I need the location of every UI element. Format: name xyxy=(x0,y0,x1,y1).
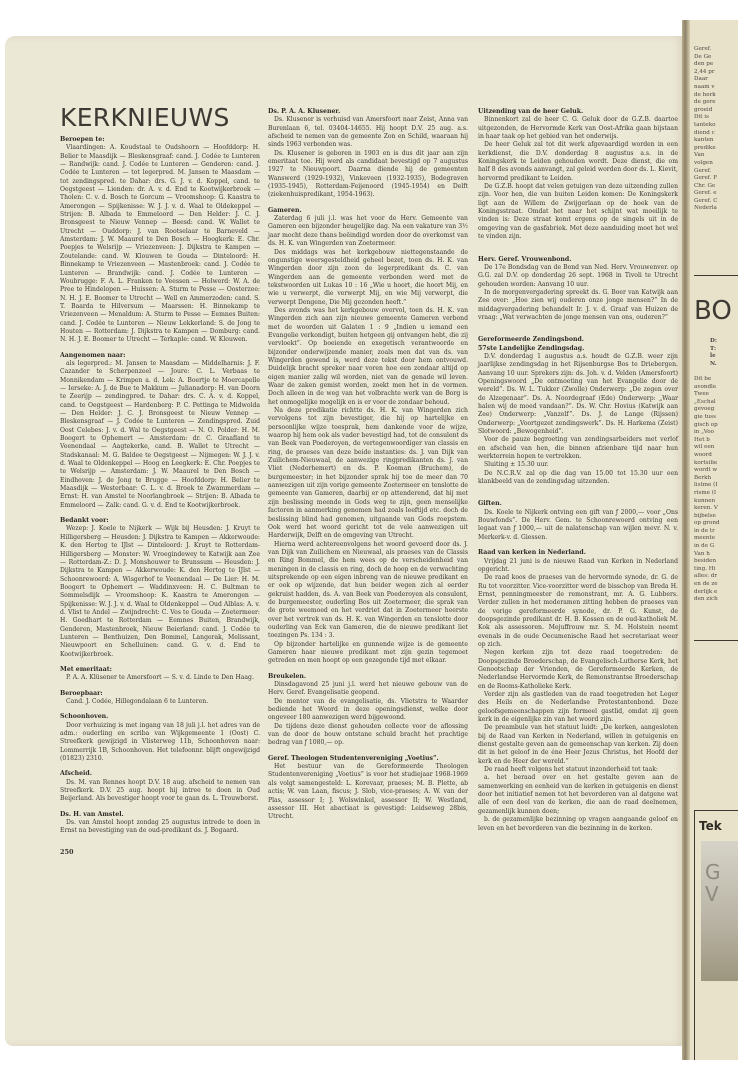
text-line: in „Voo xyxy=(694,429,738,437)
text-line: G xyxy=(705,861,721,883)
paragraph: Des middags was het kerkgebouw niettegen… xyxy=(268,249,468,307)
paragraph: De preambule van het statuut luidt: „De … xyxy=(478,724,678,766)
paragraph: De G.Z.B. hoopt dat velen getuigen van d… xyxy=(478,183,678,241)
text-line: Dit is xyxy=(694,114,738,122)
next-page-headline: BO xyxy=(694,296,732,326)
section-heading: Beroepen te: xyxy=(60,136,260,144)
text-line: tanteko xyxy=(694,122,738,130)
text-line: Van h xyxy=(694,551,738,559)
text-line: V xyxy=(705,883,721,905)
paragraph: De 17e Bondsdag van de Bond van Ned. Her… xyxy=(478,264,678,289)
text-line: „Eschal xyxy=(694,399,738,407)
paragraph: Ds. Klusener is geboren in 1903 en is du… xyxy=(268,150,468,200)
text-line: gisch op xyxy=(694,422,738,430)
text-line: Nederla xyxy=(694,205,738,213)
text-line: Geref. C xyxy=(694,198,738,206)
text-line: op grond xyxy=(694,520,738,528)
column-left-sections: Beroepen te:Vlaardingen: A. Koudstaal te… xyxy=(60,136,260,836)
article-section: Beroepen te:Vlaardingen: A. Koudstaal te… xyxy=(60,136,260,345)
advertisement-box: Tek GV xyxy=(694,810,738,1060)
article-section: Afscheid.Ds. M. van Rennes hoopt D.V. 18… xyxy=(60,770,260,803)
text-line: Geref. F xyxy=(694,175,738,183)
text-line: keren. V xyxy=(694,505,738,513)
paragraph: Op bijzonder hartelijke en gunnende wijz… xyxy=(268,641,468,666)
text-line: Dit be xyxy=(694,376,738,384)
text-line: gie tuss xyxy=(694,414,738,422)
paragraph: Na deze predikatie richtte ds. H. K. van… xyxy=(268,407,468,541)
paragraph: P. A. A. Klüsener te Amersfoort — S. v. … xyxy=(60,674,260,682)
advertisement-title: Tek xyxy=(699,819,722,833)
article-section: Beroepbaar:Cand. J. Codée, Hillegondalaa… xyxy=(60,690,260,707)
article-section: Ds. P. A. A. Klusener.Ds. Klusener is ve… xyxy=(268,108,468,200)
text-line: diend c xyxy=(694,130,738,138)
text-line: derlijk e xyxy=(694,589,738,597)
text-line: groeid xyxy=(694,107,738,115)
next-page-body-text: Dit beavondleTwee„Eschalgevoeggie tussgi… xyxy=(694,376,738,604)
next-page-top-text: Geref.De Geden pe2,44 prDaarnaam vde her… xyxy=(694,46,738,213)
text-line: bijbelse xyxy=(694,513,738,521)
advertisement-image-text: GV xyxy=(705,861,721,905)
next-page-subheading: D:T:leN. xyxy=(710,338,738,368)
section-heading: Beroepbaar: xyxy=(60,690,260,698)
text-line: wil een xyxy=(694,444,738,452)
text-line: in de tr xyxy=(694,528,738,536)
paragraph: Zaterdag 6 juli j.l. was het voor de Her… xyxy=(268,215,468,248)
paragraph: Vrijdag 21 juni is de nieuwe Raad van Ke… xyxy=(478,558,678,575)
paragraph: Verder zijn als gastleden van de raad to… xyxy=(478,691,678,724)
paragraph: Het bestuur van de Gereformeerde Theolog… xyxy=(268,763,468,821)
text-line: predike xyxy=(694,145,738,153)
paragraph: Ds. Koele te Nijkerk ontving een gift va… xyxy=(478,509,678,542)
article-section: Aangenomen naar:als legerpred.: M. Janse… xyxy=(60,352,260,511)
text-line: De Ge xyxy=(694,54,738,62)
paragraph: De N.C.R.V. zal op die dag van 15.00 tot… xyxy=(478,470,678,487)
section-heading: Met emeritaat: xyxy=(60,666,260,674)
article-section: Schoonhoven.Door verhuizing is met ingan… xyxy=(60,713,260,763)
text-line: listme (I xyxy=(694,482,738,490)
text-line: D: xyxy=(710,338,738,346)
text-line: naam v xyxy=(694,84,738,92)
text-line: de gere xyxy=(694,99,738,107)
text-line: Geref. e xyxy=(694,190,738,198)
section-heading: Raad van kerken in Nederland. xyxy=(478,549,678,557)
text-line: woord xyxy=(694,452,738,460)
section-heading: Herv. Geref. Vrouwenbond. xyxy=(478,256,678,264)
page-gutter xyxy=(682,20,690,1060)
text-line: 2,44 pr xyxy=(694,69,738,77)
paragraph: Ds. Klusener is verhuisd van Amersfoort … xyxy=(268,116,468,149)
paragraph: b. de gezamenlijke bezinning op vragen a… xyxy=(478,816,678,833)
column-right-sections: Uitzending van de heer Geluk.Binnenkort … xyxy=(478,108,678,833)
text-line: gevoeg xyxy=(694,406,738,414)
text-line: en de ze xyxy=(694,581,738,589)
article-section: Herv. Geref. Vrouwenbond.De 17e Bondsdag… xyxy=(478,256,678,323)
paragraph: Sluiting ± 15.30 uur. xyxy=(478,461,678,469)
paragraph: Voor de pauze begroeting van zendingsarb… xyxy=(478,436,678,461)
section-heading: Aangenomen naar: xyxy=(60,352,260,360)
section-heading: Afscheid. xyxy=(60,770,260,778)
page-number: 250 xyxy=(60,848,260,856)
text-line: de herk xyxy=(694,92,738,100)
paragraph: Door verhuizing is met ingang van 18 jul… xyxy=(60,722,260,764)
paragraph: In de morgenvergadering spreekt ds. G. B… xyxy=(478,289,678,322)
article-section: Gameren.Zaterdag 6 juli j.l. was het voo… xyxy=(268,207,468,666)
paragraph: Ds. van Amstel hoopt zondag 25 augustus … xyxy=(60,819,260,836)
text-line: Geref. xyxy=(694,46,738,54)
article-section: Bedankt voor:Wezep: J. Koele te Nijkerk … xyxy=(60,517,260,659)
text-line: ting. Hi xyxy=(694,566,738,574)
text-line: besiden xyxy=(694,558,738,566)
paragraph: als legerpred.: M. Jansen te Maasdam — M… xyxy=(60,360,260,510)
paragraph: Wezep: J. Koele te Nijkerk — Wijk bij He… xyxy=(60,525,260,659)
text-line: kanten xyxy=(694,137,738,145)
article-section: Gereformeerde Zendingsbond.57ste Landeli… xyxy=(478,336,678,486)
paragraph: De heer Geluk zal tot dit werk afgevaard… xyxy=(478,141,678,183)
article-section: Raad van kerken in Nederland.Vrijdag 21 … xyxy=(478,549,678,833)
paragraph: Negen kerken zijn tot deze raad toegetre… xyxy=(478,649,678,691)
section-heading: Breukelen. xyxy=(268,673,468,681)
section-heading: Ds. P. A. A. Klusener. xyxy=(268,108,468,116)
text-line: Daar xyxy=(694,76,738,84)
text-line: volgen xyxy=(694,160,738,168)
section-heading: Gameren. xyxy=(268,207,468,215)
text-line: wordt w xyxy=(694,467,738,475)
paragraph: De raad koos de praeses van de hervormde… xyxy=(478,574,678,649)
text-line: le xyxy=(710,353,738,361)
text-line: Chr. Ge xyxy=(694,183,738,191)
section-heading: Bedankt voor: xyxy=(60,517,260,525)
paragraph: Dinsdagavond 25 juni j.l. werd het nieuw… xyxy=(268,681,468,698)
text-line: Van xyxy=(694,152,738,160)
paragraph: De tijdens deze dienst gehouden collecte… xyxy=(268,723,468,748)
text-line: kortsilie xyxy=(694,460,738,468)
article-section: Breukelen.Dinsdagavond 25 juni j.l. werd… xyxy=(268,673,468,748)
paragraph: a. het beraad over en het gestalte geven… xyxy=(478,774,678,816)
paragraph: D.V. donderdag 1 augustus a.s. houdt de … xyxy=(478,353,678,436)
newspaper-page: KERKNIEUWS Beroepen te:Vlaardingen: A. K… xyxy=(5,36,685,1046)
paragraph: Des avonds was het kerkgebouw overvol, t… xyxy=(268,307,468,407)
section-heading: Giften. xyxy=(478,500,678,508)
article-section: Met emeritaat:P. A. A. Klüsener te Amers… xyxy=(60,666,260,683)
text-line: Twee xyxy=(694,391,738,399)
divider xyxy=(694,640,738,641)
paragraph: Hierna werd achtereenvolgens het woord g… xyxy=(268,541,468,641)
section-heading: Schoonhoven. xyxy=(60,713,260,721)
text-line: alles: dr xyxy=(694,573,738,581)
section-subheading: 57ste Landelijke Zendingsdag. xyxy=(478,345,678,353)
article-section: Geref. Theologen Studentenvereniging „Vo… xyxy=(268,755,468,822)
paragraph: Binnenkort zal de heer C. G. Geluk door … xyxy=(478,116,678,141)
paragraph: Cand. J. Codée, Hillegondalaan 6 te Lunt… xyxy=(60,698,260,706)
column-middle-sections: Ds. P. A. A. Klusener.Ds. Klusener is ve… xyxy=(268,108,468,822)
divider xyxy=(694,275,738,276)
text-line: kunnen xyxy=(694,498,738,506)
text-line: Het b xyxy=(694,437,738,445)
text-line: N. xyxy=(710,361,738,369)
text-line: Geref. xyxy=(694,168,738,176)
column-left: KERKNIEUWS Beroepen te:Vlaardingen: A. K… xyxy=(60,104,260,856)
text-line: in de G xyxy=(694,543,738,551)
text-line: den pe xyxy=(694,61,738,69)
page-title: KERKNIEUWS xyxy=(60,104,260,132)
text-line: meente xyxy=(694,535,738,543)
paragraph: De mentor van de evangelisatie, ds. Vlie… xyxy=(268,698,468,723)
paragraph: De raad heeft volgens het statuut inzond… xyxy=(478,766,678,774)
next-page-fragment: Geref.De Geden pe2,44 prDaarnaam vde her… xyxy=(690,20,738,1060)
article-section: Ds. H. van Amstel.Ds. van Amstel hoopt z… xyxy=(60,811,260,836)
text-line: avondle xyxy=(694,384,738,392)
paragraph: Ds. M. van Rennes hoopt D.V. 18 aug. afs… xyxy=(60,779,260,804)
column-middle: Ds. P. A. A. Klusener.Ds. Klusener is ve… xyxy=(268,108,468,836)
section-heading: Geref. Theologen Studentenvereniging „Vo… xyxy=(268,755,468,763)
article-section: Giften.Ds. Koele te Nijkerk ontving een … xyxy=(478,500,678,542)
paragraph: Vlaardingen: A. Koudstaal te Oudshoorn —… xyxy=(60,144,260,344)
text-line: risme (I xyxy=(694,490,738,498)
text-line: T: xyxy=(710,346,738,354)
section-heading: Ds. H. van Amstel. xyxy=(60,811,260,819)
column-right: Uitzending van de heer Geluk.Binnenkort … xyxy=(478,108,678,847)
text-line: den zich xyxy=(694,596,738,604)
article-section: Uitzending van de heer Geluk.Binnenkort … xyxy=(478,108,678,242)
section-heading: Gereformeerde Zendingsbond. xyxy=(478,336,678,344)
section-heading: Uitzending van de heer Geluk. xyxy=(478,108,678,116)
